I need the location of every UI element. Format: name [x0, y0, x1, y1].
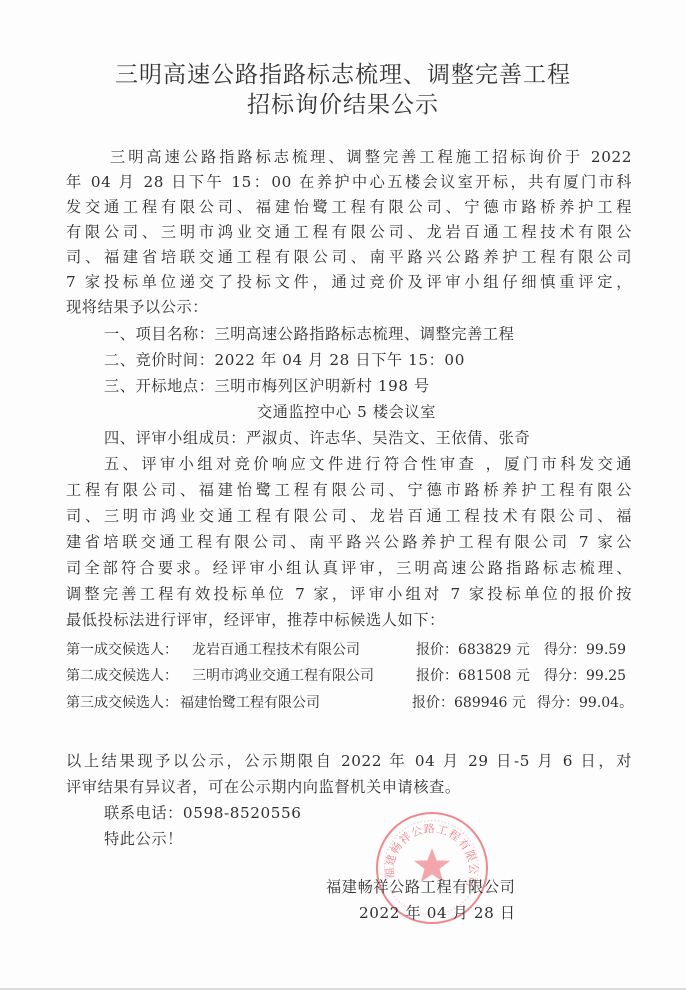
candidate-score: 得分：99.04。	[537, 693, 633, 713]
review-line: 司、三明市鸿业交通工程有限公司、龙岩百通工程技术有限公司、福	[66, 506, 632, 526]
item-panel-members: 四、评审小组成员：严淑贞、许志华、吴浩文、王依倩、张奇	[104, 428, 530, 448]
item-location: 三、开标地点：三明市梅列区沪明新村 198 号	[104, 376, 430, 396]
review-line: 最低投标法进行评审，经评审，推荐中标候选人如下：	[66, 610, 445, 630]
document-title-line2: 招标询价结果公示	[0, 86, 686, 119]
document-page: 三明高速公路指路标志梳理、调整完善工程 招标询价结果公示 三明高速公路指路标志梳…	[0, 0, 686, 988]
intro-line: 司、福建省培联交通工程有限公司、南平路兴公路养护工程有限公司	[66, 247, 632, 267]
candidate-rank: 第三成交候选人：	[66, 693, 178, 713]
item-location-line2: 交通监控中心 5 楼会议室	[257, 402, 436, 422]
closing-line: 评审结果有异议者，可在公示期内向监督机关申请核查。	[66, 777, 461, 797]
candidate-company: 福建怡鹭工程有限公司	[180, 693, 320, 713]
review-line: 工程有限公司、福建怡鹭工程有限公司、宁德市路桥养护工程有限公	[66, 480, 632, 500]
candidate-price: 报价：681508 元	[416, 666, 530, 686]
signature-company: 福建畅祥公路工程有限公司	[326, 877, 515, 897]
contact-phone: 联系电话：0598-8520556	[104, 803, 302, 823]
intro-line: 发交通工程有限公司、福建怡鹭工程有限公司、宁德市路桥养护工程	[66, 197, 632, 217]
intro-line: 三明高速公路指路标志梳理、调整完善工程施工招标询价于 2022	[110, 147, 632, 167]
signature-date: 2022 年 04 月 28 日	[359, 903, 516, 923]
item-bid-time: 二、竞价时间：2022 年 04 月 28 日下午 15：00	[104, 350, 465, 370]
intro-line: 现将结果予以公示：	[66, 297, 208, 317]
closing-line: 以上结果现予以公示，公示期限自 2022 年 04 月 29 日-5 月 6 日…	[66, 751, 632, 771]
review-line: 调整完善工程有效投标单位 7 家，评审小组对 7 家投标单位的报价按	[66, 584, 632, 604]
candidate-price: 报价：683829 元	[416, 640, 530, 660]
intro-line: 年 04 月 28 日下午 15：00 在养护中心五楼会议室开标，共有厦门市科	[66, 172, 632, 192]
candidate-company: 三明市鸿业交通工程有限公司	[192, 666, 374, 686]
candidate-price: 报价：689946 元	[412, 693, 526, 713]
intro-line: 7 家投标单位递交了投标文件，通过竞价及评审小组仔细慎重评定，	[66, 272, 632, 292]
document-title-line1: 三明高速公路指路标志梳理、调整完善工程	[0, 56, 686, 89]
item-project-name: 一、项目名称：三明高速公路指路标志梳理、调整完善工程	[104, 324, 514, 344]
notice-end: 特此公示！	[104, 829, 183, 849]
review-line: 五、评审小组对竞价响应文件进行符合性审查 ，厦门市科发交通	[104, 454, 632, 474]
candidate-rank: 第一成交候选人：	[66, 640, 178, 660]
candidate-company: 龙岩百通工程技术有限公司	[192, 640, 360, 660]
candidate-score: 得分：99.59	[544, 640, 626, 660]
candidate-score: 得分：99.25	[544, 666, 626, 686]
review-line: 司全部符合要求。经评审小组认真评审，三明高速公路指路标志梳理、	[66, 558, 632, 578]
review-line: 建省培联交通工程有限公司、南平路兴公路养护工程有限公司 7 家公	[66, 532, 632, 552]
intro-line: 有限公司、三明市鸿业交通工程有限公司、龙岩百通工程技术有限公	[66, 222, 632, 242]
candidate-rank: 第二成交候选人：	[66, 666, 178, 686]
